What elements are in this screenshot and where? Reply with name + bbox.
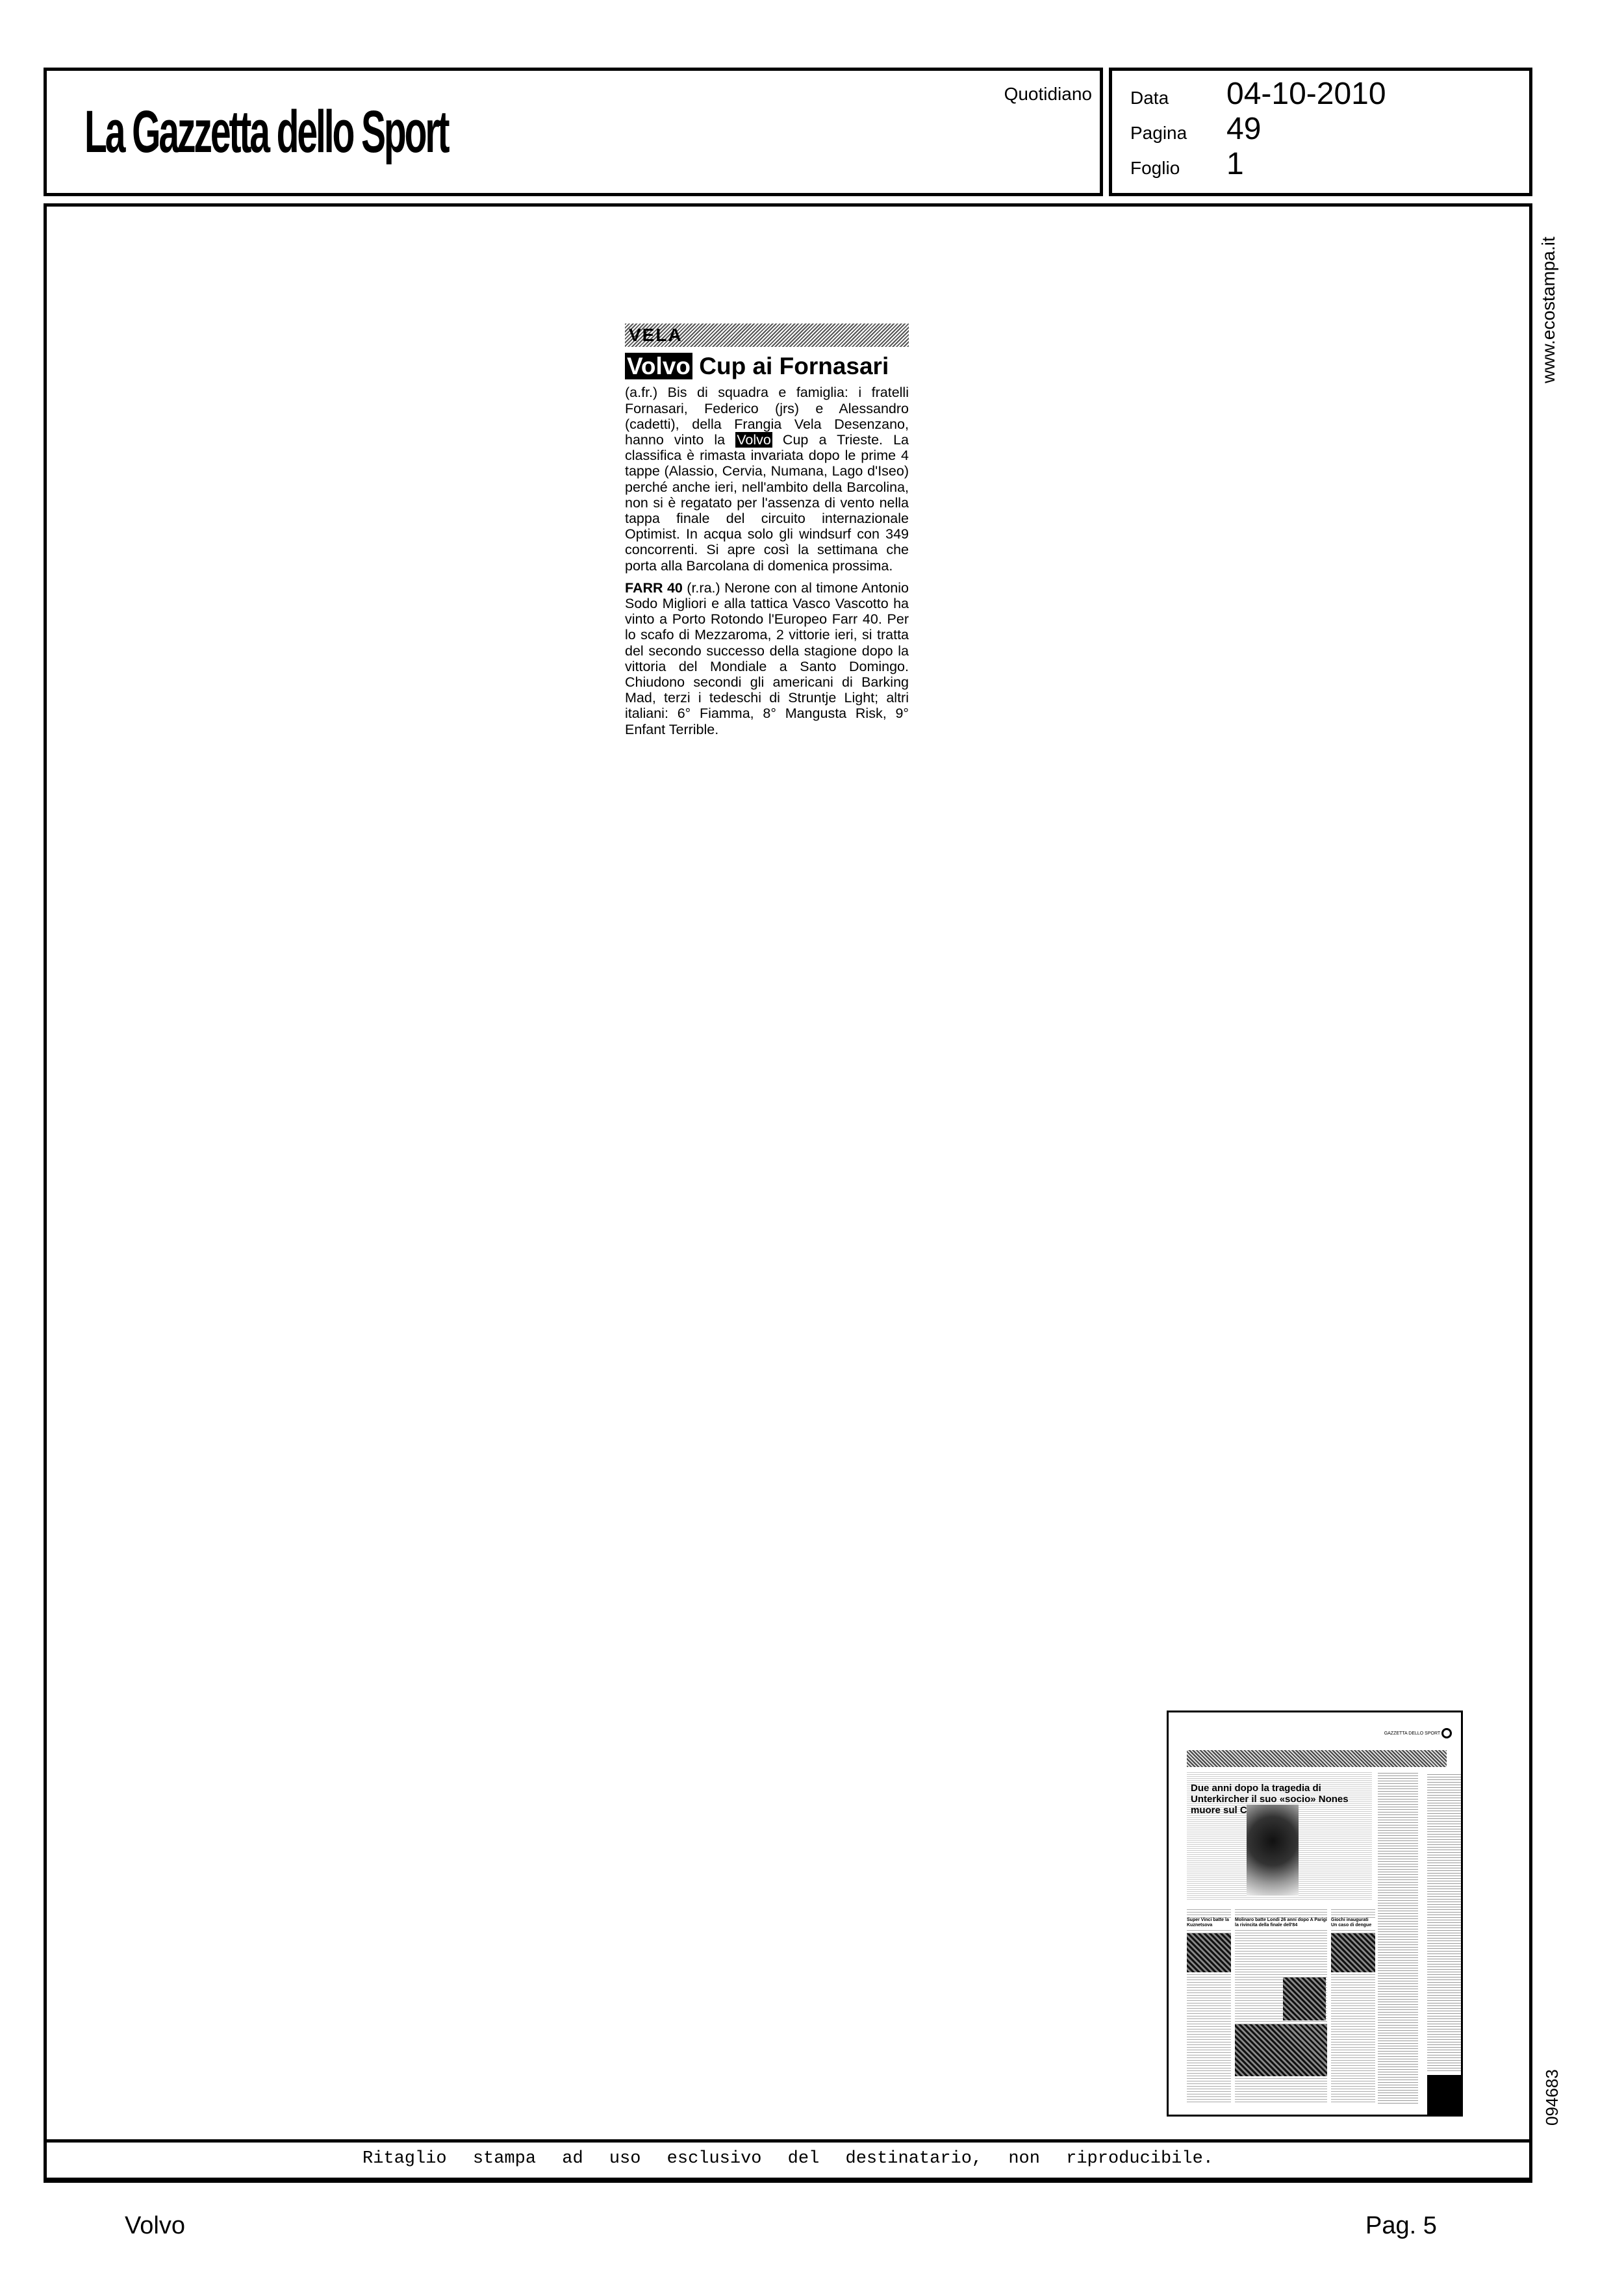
thumbnail-image — [1331, 1933, 1375, 1972]
meta-value-date: 04-10-2010 — [1226, 76, 1386, 112]
thumbnail-column — [1378, 1772, 1418, 2104]
article-body: (a.fr.) Bis di squadra e famiglia: i fra… — [625, 385, 909, 737]
section-label: VELA — [629, 325, 683, 346]
meta-box: Data 04-10-2010 Pagina 49 Foglio 1 — [1109, 68, 1532, 196]
periodicity-label: Quotidiano — [1004, 84, 1092, 105]
thumbnail-column — [1427, 1772, 1463, 2071]
thumbnail-photo — [1247, 1805, 1299, 1896]
ecostampa-url: www.ecostampa.it — [1538, 236, 1559, 383]
clipping-code: 094683 — [1542, 2069, 1562, 2126]
client-name: Volvo — [125, 2212, 185, 2240]
meta-label: Pagina — [1130, 123, 1226, 144]
meta-label: Foglio — [1130, 158, 1226, 179]
thumbnail-subhead: Super Vinci batte la Kuznetsova — [1187, 1918, 1231, 1928]
masthead-box: La Gazzetta dello Sport Quotidiano — [44, 68, 1103, 196]
headline-text: Cup ai Fornasari — [699, 353, 889, 379]
meta-value-sheet: 1 — [1226, 146, 1244, 182]
paragraph-lead: FARR 40 — [625, 580, 683, 596]
paragraph-text: Cup a Trieste. La classifica è rimasta i… — [625, 432, 909, 574]
publication-logo: La Gazzetta dello Sport — [84, 102, 448, 162]
article-clipping: VELA Volvo Cup ai Fornasari (a.fr.) Bis … — [625, 324, 909, 744]
meta-value-page: 49 — [1226, 111, 1261, 147]
paragraph-2: FARR 40 (r.ra.) Nerone con al timone Ant… — [625, 580, 909, 737]
meta-label: Data — [1130, 88, 1226, 108]
meta-row-foglio: Foglio 1 — [1130, 146, 1244, 182]
page-indicator: Pag. 5 — [1365, 2212, 1437, 2240]
footer-box: Ritaglio stampa ad uso esclusivo del des… — [44, 2143, 1532, 2183]
thumbnail-section-banner — [1187, 1750, 1447, 1767]
thumbnail-highlight-box — [1427, 2075, 1463, 2117]
disclaimer-text: Ritaglio stampa ad uso esclusivo del des… — [47, 2149, 1529, 2169]
thumbnail-page-header: GAZZETTA DELLO SPORT — [1384, 1728, 1452, 1738]
paragraph-text: (r.ra.) Nerone con al timone Antonio Sod… — [625, 580, 909, 737]
page-thumbnail: GAZZETTA DELLO SPORT Due anni dopo la tr… — [1167, 1711, 1463, 2117]
meta-row-pagina: Pagina 49 — [1130, 111, 1261, 147]
thumbnail-subhead: Giochi inaugurati Un caso di dengue — [1331, 1918, 1375, 1928]
section-bar: VELA — [625, 324, 909, 347]
article-headline: Volvo Cup ai Fornasari — [625, 352, 909, 381]
paragraph-1: (a.fr.) Bis di squadra e famiglia: i fra… — [625, 385, 909, 573]
thumbnail-image — [1283, 1978, 1326, 2020]
keyword-highlight: Volvo — [735, 432, 772, 448]
thumbnail-image — [1187, 1933, 1231, 1972]
headline-keyword-highlight: Volvo — [625, 353, 692, 379]
page-number-circle-icon — [1441, 1728, 1452, 1738]
meta-row-data: Data 04-10-2010 — [1130, 76, 1386, 112]
thumbnail-main-story: Due anni dopo la tragedia di Unterkirche… — [1187, 1772, 1372, 1900]
thumbnail-image — [1235, 2024, 1327, 2076]
thumbnail-subhead: Molinaro batte Londi 26 anni dopo A Pari… — [1235, 1918, 1327, 1928]
